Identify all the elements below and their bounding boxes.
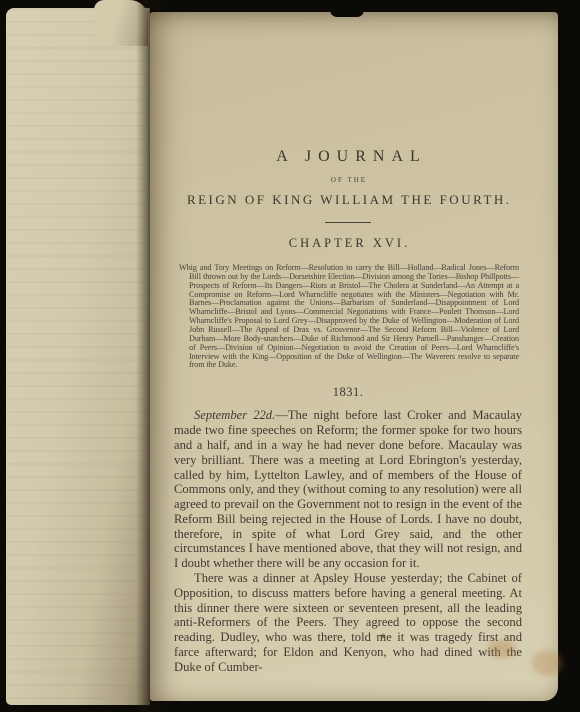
page-edge-notch [330,10,364,17]
year-heading: 1831. [174,385,522,400]
book-title: A JOURNAL [174,148,522,166]
book-title-line2: REIGN OF KING WILLIAM THE FOURTH. [174,192,522,208]
book-page: A JOURNAL OF THE REIGN OF KING WILLIAM T… [150,12,558,701]
ink-speck [381,634,385,638]
chapter-summary: Whig and Tory Meetings on Reform—Resolut… [179,264,519,370]
journal-body: September 22d.—The night before last Cro… [174,408,522,674]
journal-paragraph-1-text: —The night before last Croker and Macaul… [174,408,522,570]
page-text-column: A JOURNAL OF THE REIGN OF KING WILLIAM T… [174,148,522,675]
chapter-heading: CHAPTER XVI. [174,236,522,251]
book-photo: A JOURNAL OF THE REIGN OF KING WILLIAM T… [0,0,580,712]
book-subtitle-of-the: OF THE [174,176,522,184]
left-page [6,8,150,705]
journal-paragraph-2: There was a dinner at Apsley House yeste… [174,571,522,675]
title-divider-rule [325,222,371,223]
foxing-stain [488,640,516,658]
journal-entry-date: September 22d. [194,408,275,422]
foxing-stain [532,650,562,676]
journal-paragraph-1: September 22d.—The night before last Cro… [174,408,522,571]
